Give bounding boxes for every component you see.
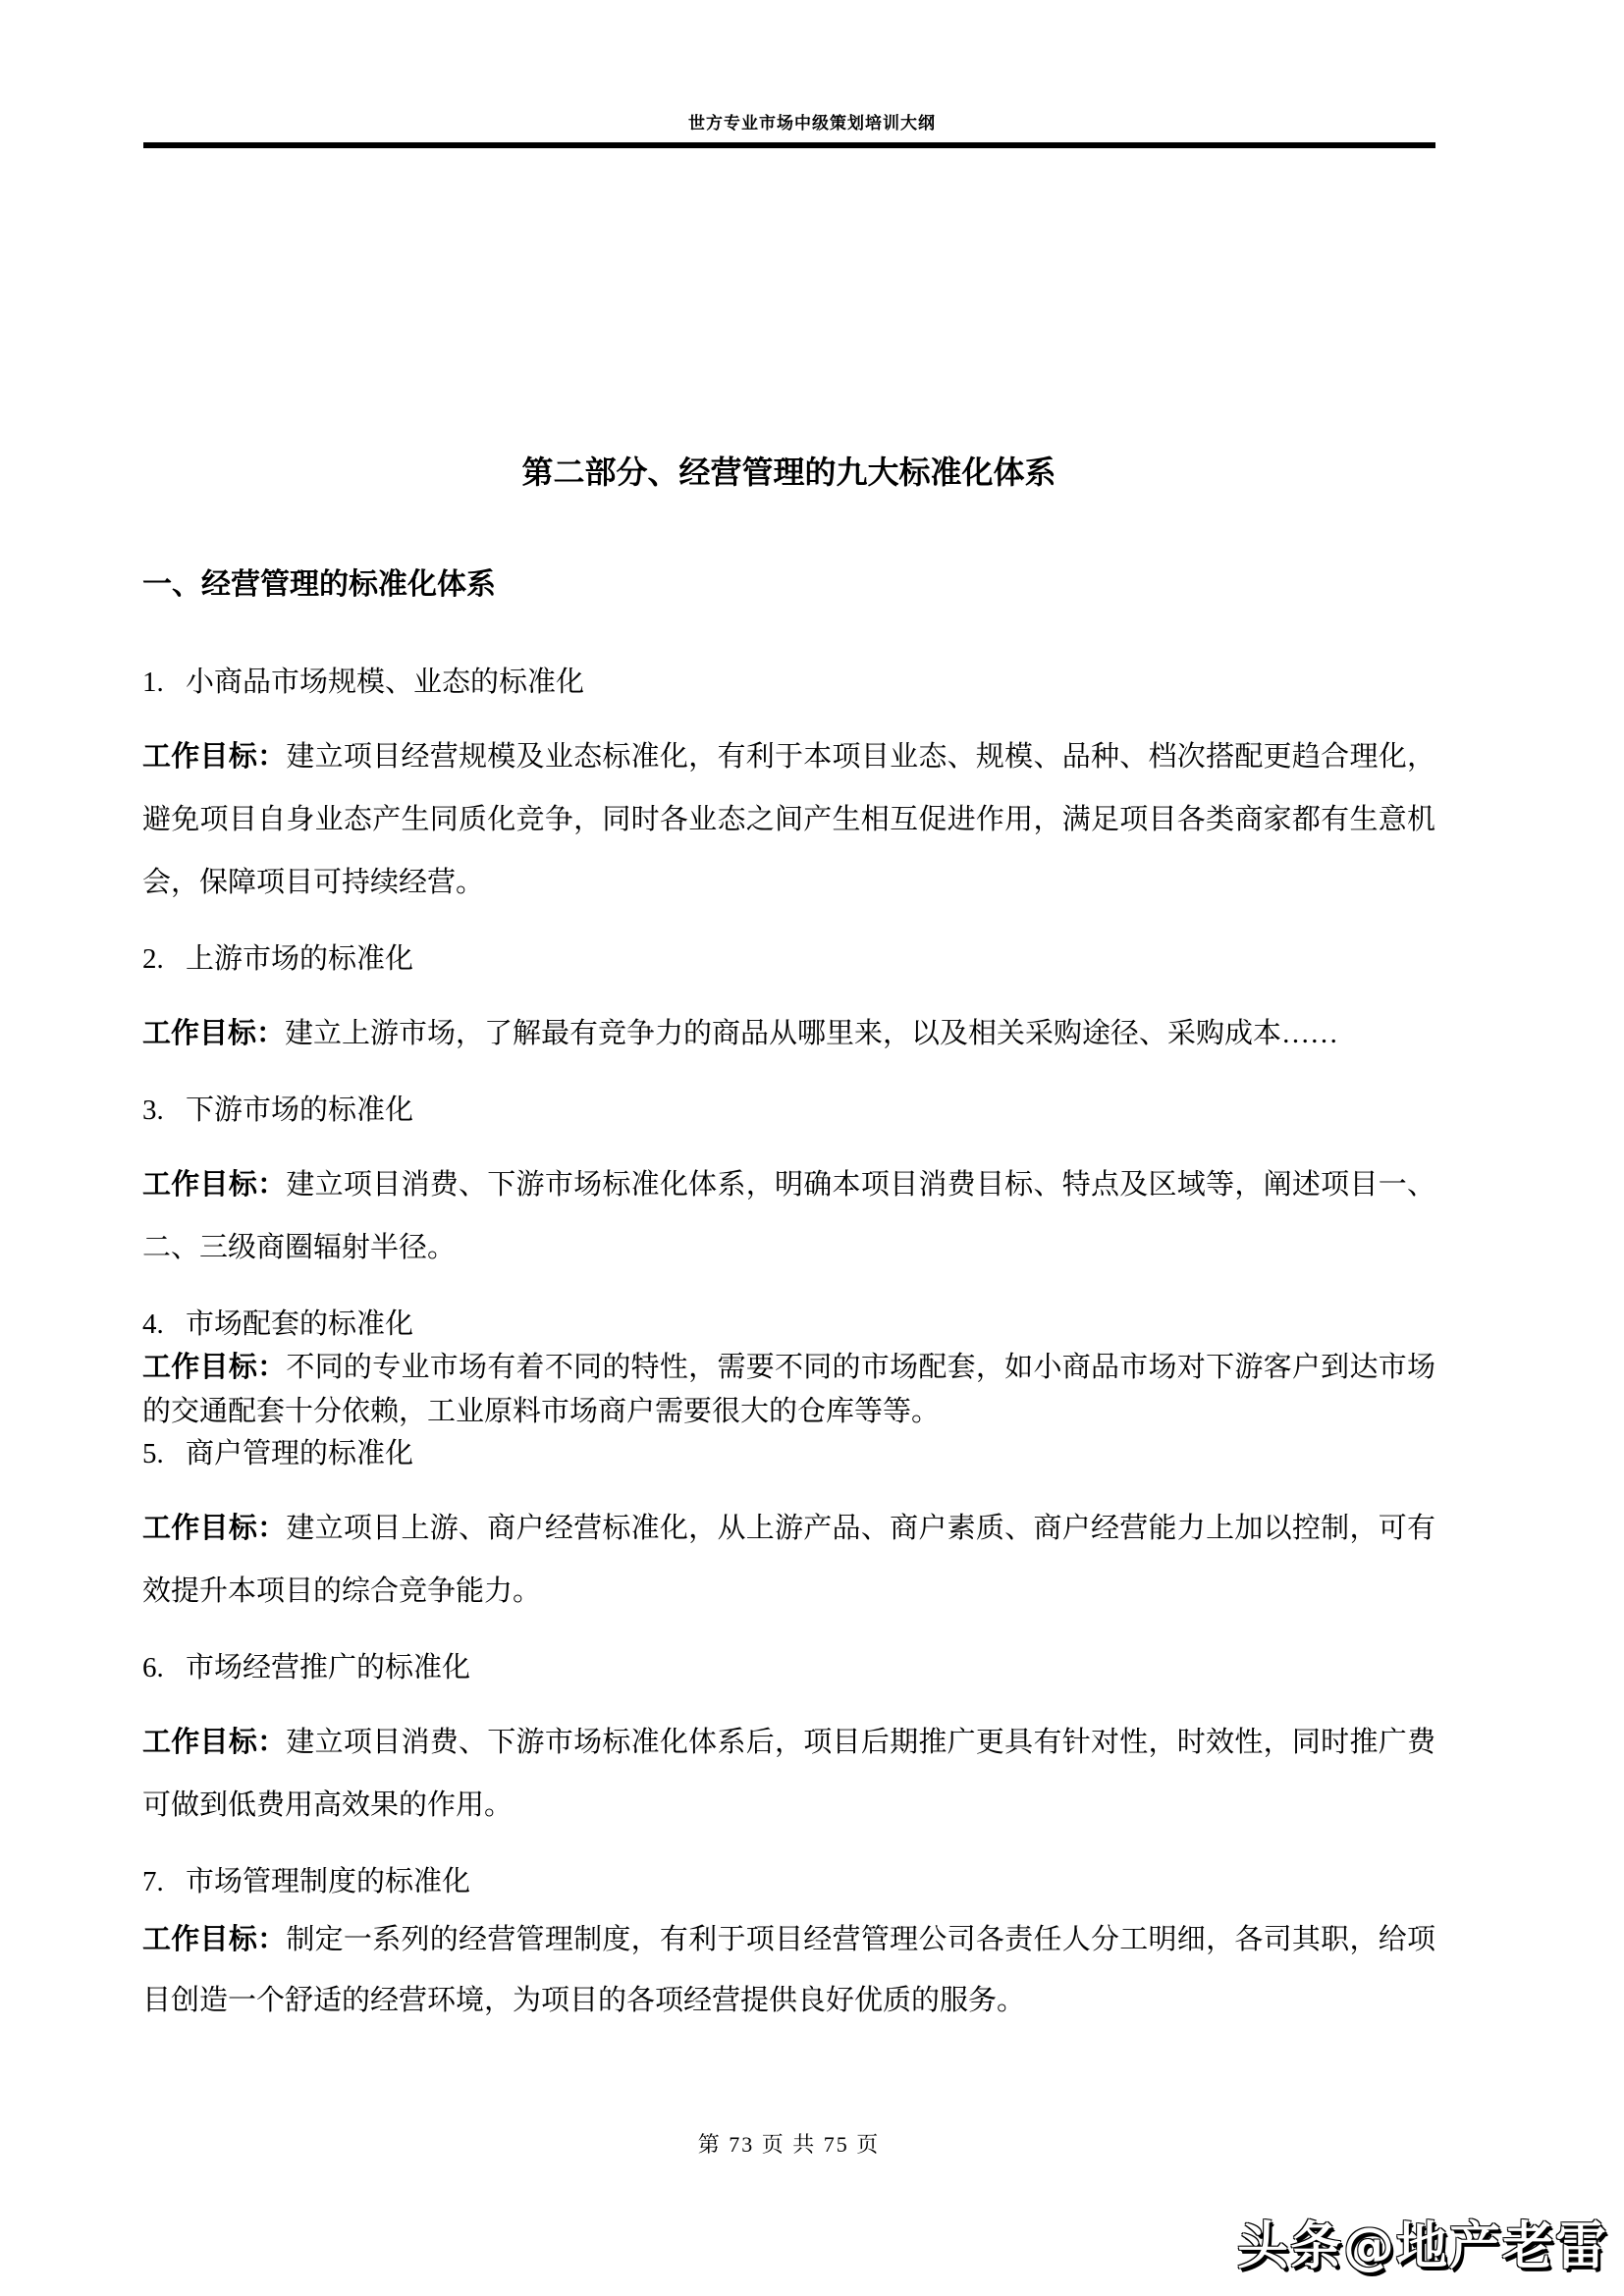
- outline-item: 6.市场经营推广的标准化 工作目标：建立项目消费、下游市场标准化体系后，项目后期…: [142, 1648, 1435, 1837]
- goal-paragraph: 工作目标：建立项目消费、下游市场标准化体系，明确本项目消费目标、特点及区域等，阐…: [142, 1153, 1435, 1279]
- section-title: 一、经营管理的标准化体系: [142, 566, 1435, 604]
- goal-text: 建立项目上游、商户经营标准化，从上游产品、商户素质、商户经营能力上加以控制，可有…: [142, 1513, 1435, 1607]
- page-footer: 第 73 页 共 75 页: [142, 2128, 1435, 2159]
- item-title: 市场管理制度的标准化: [186, 1866, 470, 1897]
- item-number: 4.: [142, 1305, 168, 1344]
- item-title: 市场配套的标准化: [186, 1308, 413, 1340]
- watermark: 头条@地产老雷: [1237, 2205, 1608, 2278]
- item-heading: 6.市场经营推广的标准化: [142, 1648, 1435, 1687]
- part-title: 第二部分、经营管理的九大标准化体系: [142, 453, 1435, 492]
- goal-text: 建立项目消费、下游市场标准化体系，明确本项目消费目标、特点及区域等，阐述项目一、…: [142, 1169, 1435, 1263]
- outline-item: 7.市场管理制度的标准化 工作目标：制定一系列的经营管理制度，有利于项目经营管理…: [142, 1862, 1435, 2031]
- goal-paragraph: 工作目标：建立上游市场，了解最有竞争力的商品从哪里来，以及相关采购途径、采购成本…: [142, 1002, 1435, 1065]
- item-number: 5.: [142, 1434, 168, 1473]
- item-title: 市场经营推广的标准化: [186, 1652, 470, 1683]
- item-heading: 5.商户管理的标准化: [142, 1434, 1435, 1473]
- item-title: 小商品市场规模、业态的标准化: [186, 667, 584, 698]
- goal-label: 工作目标：: [142, 1513, 286, 1544]
- goal-label: 工作目标：: [142, 1352, 286, 1383]
- goal-text: 不同的专业市场有着不同的特性，需要不同的市场配套，如小商品市场对下游客户到达市场…: [142, 1352, 1435, 1427]
- outline-item: 4.市场配套的标准化 工作目标：不同的专业市场有着不同的特性，需要不同的市场配套…: [142, 1305, 1435, 1434]
- item-title: 下游市场的标准化: [186, 1095, 413, 1126]
- goal-paragraph: 工作目标：不同的专业市场有着不同的特性，需要不同的市场配套，如小商品市场对下游客…: [142, 1346, 1435, 1434]
- goal-text: 制定一系列的经营管理制度，有利于项目经营管理公司各责任人分工明细，各司其职，给项…: [142, 1924, 1435, 2016]
- goal-paragraph: 工作目标：建立项目经营规模及业态标准化，有利于本项目业态、规模、品种、档次搭配更…: [142, 725, 1435, 914]
- item-heading: 1.小商品市场规模、业态的标准化: [142, 663, 1435, 702]
- outline-item: 5.商户管理的标准化 工作目标：建立项目上游、商户经营标准化，从上游产品、商户素…: [142, 1434, 1435, 1623]
- goal-label: 工作目标：: [142, 1727, 286, 1758]
- goal-label: 工作目标：: [142, 1169, 286, 1201]
- document-page: 世方专业市场中级策划培训大纲 第二部分、经营管理的九大标准化体系 一、经营管理的…: [0, 0, 1624, 2296]
- item-number: 1.: [142, 663, 168, 702]
- page-header: 世方专业市场中级策划培训大纲: [0, 0, 1624, 148]
- item-number: 2.: [142, 939, 168, 979]
- item-number: 3.: [142, 1091, 168, 1130]
- goal-text: 建立项目经营规模及业态标准化，有利于本项目业态、规模、品种、档次搭配更趋合理化，…: [142, 741, 1435, 898]
- goal-label: 工作目标：: [142, 1924, 286, 1955]
- item-title: 上游市场的标准化: [186, 943, 413, 975]
- item-title: 商户管理的标准化: [186, 1438, 413, 1469]
- goal-text: 建立项目消费、下游市场标准化体系后，项目后期推广更具有针对性，时效性，同时推广费…: [142, 1727, 1435, 1821]
- goal-paragraph: 工作目标：制定一系列的经营管理制度，有利于项目经营管理公司各责任人分工明细，各司…: [142, 1909, 1435, 2031]
- outline-item: 1.小商品市场规模、业态的标准化 工作目标：建立项目经营规模及业态标准化，有利于…: [142, 663, 1435, 914]
- header-rule: [143, 142, 1435, 148]
- item-heading: 2.上游市场的标准化: [142, 939, 1435, 979]
- goal-text: 建立上游市场，了解最有竞争力的商品从哪里来，以及相关采购途径、采购成本……: [285, 1018, 1338, 1049]
- goal-label: 工作目标：: [142, 1018, 285, 1049]
- header-title: 世方专业市场中级策划培训大纲: [0, 114, 1624, 133]
- item-number: 7.: [142, 1862, 168, 1901]
- outline-item: 2.上游市场的标准化 工作目标：建立上游市场，了解最有竞争力的商品从哪里来，以及…: [142, 939, 1435, 1065]
- item-heading: 4.市场配套的标准化: [142, 1305, 1435, 1344]
- goal-paragraph: 工作目标：建立项目消费、下游市场标准化体系后，项目后期推广更具有针对性，时效性，…: [142, 1711, 1435, 1837]
- goal-paragraph: 工作目标：建立项目上游、商户经营标准化，从上游产品、商户素质、商户经营能力上加以…: [142, 1497, 1435, 1623]
- item-number: 6.: [142, 1648, 168, 1687]
- item-heading: 3.下游市场的标准化: [142, 1091, 1435, 1130]
- goal-label: 工作目标：: [142, 741, 286, 773]
- page-number: 第 73 页 共 75 页: [698, 2132, 881, 2157]
- document-body: 第二部分、经营管理的九大标准化体系 一、经营管理的标准化体系 1.小商品市场规模…: [0, 453, 1624, 2031]
- item-heading: 7.市场管理制度的标准化: [142, 1862, 1435, 1901]
- outline-item: 3.下游市场的标准化 工作目标：建立项目消费、下游市场标准化体系，明确本项目消费…: [142, 1091, 1435, 1279]
